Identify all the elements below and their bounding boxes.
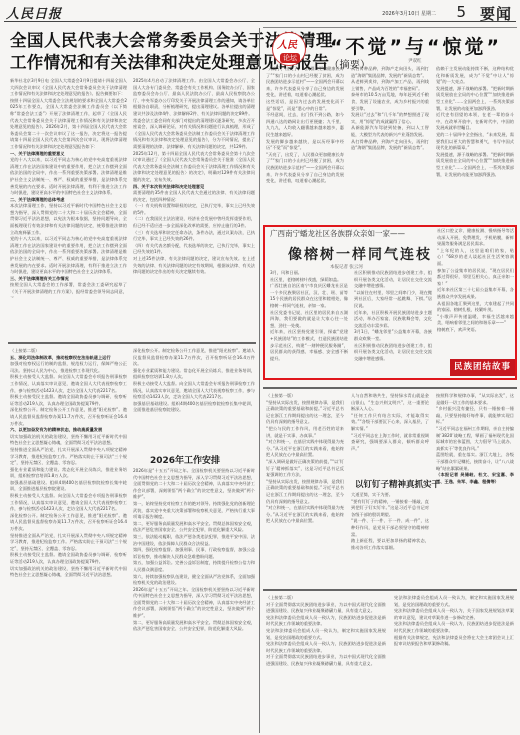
paragraph: 第五，加强公益诉讼。完善公益诉讼制度，持续提升检察公信力和人民群众满意度。 [133, 560, 255, 573]
paragraph: 积极主动接受民主监督。邀请全国政协委员参与调研、检察听证等活动219人次，认真办… [10, 394, 127, 407]
paragraph: “坚持从实际出发，按照规律办事，是我们正确决策的重要基础和前提。”习近平总书记在… [266, 400, 344, 426]
paragraph: 第三，依法能动履职，依法严惩各类违法犯罪，推进平安中国、法治中国建设，依法保障人… [133, 534, 255, 547]
paragraph: 强化专业素质和能力建设。常态化开展全员练兵，推进业务培训，组织检察官培训1.8万… [10, 467, 127, 480]
paragraph: “对立和统一，在基层实践中体现得最为充分。”从习近平在浙江的实践来看，他始终把人… [266, 505, 344, 525]
list-item: （一）有关机构设置和职权的决定，已执行完毕，事实上已经失效的5件。 [133, 203, 255, 216]
list-item: （二）在我国民主法治建设、经济社会发展中曾经发挥重要作用，但已经不适应进一步全面… [133, 216, 255, 229]
newspaper-logo: 人民日报 [6, 3, 62, 22]
paragraph: 从老鲜到炙炸，到海产加工产品，再到线上销售，产品成为百姓的“幸福密码”。 [351, 79, 429, 92]
paragraph: 社区积极推动民族团结进步创建工作，组织开展各类文化活动，让居民在交往交流交融中增… [354, 270, 432, 290]
paragraph: “乡村振兴没有捷径，只有一锤接着一锤敲，只要坚持做好每件事，就能够实现目标。” [436, 406, 514, 426]
paragraph: 加强基层基础建设。组织4期400名基层检察院检察长集中轮训，全面推进基层检察院建… [10, 480, 127, 493]
paragraph: 第四，强化检察监督。加强刑事、民事、行政检察监督，加强公益诉讼检察，推动解决人民… [133, 547, 255, 560]
paragraph: 深化检察公开。制定检务公开工作意见，推进“阳光检察”。邀请人民监督员监督检察办案… [10, 407, 127, 427]
paragraph: 榕树底下，欢声笑语。 [437, 327, 514, 334]
forum-title: “不觉”与“惊觉” [330, 32, 502, 59]
section-divider [263, 27, 517, 28]
section-heading: 二、关于法律清理的总体考虑 [10, 197, 64, 202]
jump-label: （上接第二版） [266, 595, 386, 602]
paragraph: 坚持推进全面从严治党，扎实开展深入贯彻中央八项规定精神学习教育，推进纪检监察工作… [10, 533, 127, 553]
forum-author: 尹双红 [408, 58, 422, 64]
section-heading: 四、关于本次有关法律和决定处理意见 [133, 184, 204, 189]
paragraph: “任何工作只有结合实际，才能取得实效。”“各级干部要沉下心来，深入基层，了解实情… [351, 413, 429, 433]
paragraph: “小歌声声传递温暖，幸福生活越来越美，唱响着邻里之间的和谐乐章——” [437, 314, 514, 327]
paragraph: 这些话语，是因为过去的发展变化而不是“惊觉”，而是“悉心中的日常”。 [266, 99, 344, 112]
lower-right-col-3: 按照科学和规律办事，“从实际出发”，这是做好一切工作的基本要求。 “乡村振兴没有… [436, 393, 514, 583]
paragraph: 宪法和法律委员会组成人员一致认为，制定和实施国家发展规划，是党治国理政的重要方式… [394, 595, 514, 608]
section-divider [8, 342, 256, 344]
paragraph: 蓝图绘就，重在落实。浙江大地上，各级干部群众牢记嘱托，接续奋斗，让“八八战略”结… [436, 452, 514, 472]
newspaper-page: 人民日报 2026年3月10日 星期二 5 要闻 全国人民代表大会常务委员会关于… [0, 0, 520, 735]
paragraph: 发展让“过去”和“几千年”的梦想照进了现实，用“惊觉”的成就赢得了信心。 [351, 112, 429, 125]
story-kicker: 广西南宁蟠龙社区各族群众亲如一家—— [270, 228, 405, 239]
left-article-col-2: 2025年4月启动了法律清理工作。由全国人大常委会办公厅、全国人大各专门委员会、… [133, 78, 255, 298]
paragraph: 积极主动接受人大监督。向全国人大常委会专项报告刑事检察工作情况，认真落实审议意见… [10, 493, 127, 513]
paragraph: “习近平同志在福州工作期间，亲自主持编制‘3820’战略工程，擘画了福州现代化国… [436, 426, 514, 452]
paragraph: 2025年12月，第十四届全国人民代表大会常务委员会第十九次会议审议通过了《全国… [133, 151, 255, 184]
paragraph: 社区积极推动民族团结进步创建工作，组织开展各类文化活动，让居民在交往交流交融中增… [354, 343, 432, 363]
story-col-1: 3月，风和日丽。 社区里，老榕树枝叶茂盛，绿荫如盖。 广西壮族自治区南宁市良庆区… [270, 270, 348, 376]
section-heading: 三、关于法律清理有关工作情况 [10, 276, 69, 281]
paragraph: 发展提速，源于战略的部署。“把新时期新质发展放在全局的中心位置”“加快推进新型工… [436, 152, 514, 178]
lower-left-col-2-top: 深化检察公开。制定检务公开工作意见，推进“阳光检察”。邀请人民监督员监督检察办案… [133, 348, 255, 448]
section-heading: 一、关于法律清理的重要意义 [10, 151, 64, 156]
paragraph: 3月1日，“蟠龙邻里”公益集市开幕，各族群众欢聚一堂。 [354, 329, 432, 342]
paragraph: 切实加强政治机关的政治建设，坚持不懈用习近平新时代中国特色社会主义思想凝心铸魂，… [10, 566, 127, 579]
section-heading: 六、以更加奋发有为的精神状态，推动高质量发展 [10, 427, 102, 432]
paragraph: 参加了公益集市的居民说，“现在居民们都过得很好，邻里互相关心，真正亲如一家！” [437, 268, 514, 288]
paragraph: 第六，持续加强检察队伍建设，健全全面从严治党体系，全面加强检察机关党的政治建设。 [133, 574, 255, 587]
paragraph: 依赖于主发展动能持续不断，这种结构优化和新质发展，成为“不觉”中让人“惊觉”的一… [436, 66, 514, 86]
article-subhead: 以钉钉子精神真抓实干 [355, 478, 440, 490]
paragraph: 2026年是“十五五”开局之年。全国检察机关要坚持以习近平新时代中国特色社会主义… [133, 587, 255, 620]
paragraph: 深化检察公开。制定检务公开工作意见，推进“阳光检察”。邀请人民监督员监督检察办案… [133, 348, 255, 368]
paragraph: 泰州市的10.5万亩荒地，每年赶到近千粮食，发展了设施农业，成为乡村振兴的重要引… [351, 92, 429, 112]
lower-left-col-2: 2026年是“十五五”开局之年。全国检察机关要坚持以习近平新时代中国特色社会主义… [133, 468, 255, 733]
paragraph: 从打骨种品种，到海产走向田头，再到打造“海钢”集团品牌，发展的“新质态势”。 [351, 66, 429, 79]
paragraph: 对于全面贯彻落实民族团结进步事业，为以中国式现代化全面推进强国建设、民族复兴伟业… [266, 654, 386, 667]
forum-badge-label: 论坛 [280, 53, 300, 63]
paragraph: 发展提速，源于战略的部署。“把新时期新质发展放在全局的中心位置”“加快推进新型工… [436, 86, 514, 112]
forum-badge-logo: 人民 [277, 36, 297, 51]
paragraph: 常委会法工委会同有关部门对提出的清理建议逐条研究，多次召开座谈会，深入调研论证，… [133, 118, 255, 151]
headline-line-2: 工作情况和有关法律和决定处理意见的报告（摘要） [10, 52, 255, 77]
paragraph: 社区口腔义诊、健康检测、慢病指导等活动深入开展，免费理发，手机贴膜，新鲜果蔬等服… [437, 228, 514, 248]
lower-right-col-1: （上接第一版） “坚持从实际出发，按照规律办事，是我们正确决策的重要基础和前提。… [266, 393, 344, 583]
forum-col-2: 从打骨种品种，到海产走向田头，再到打造“海钢”集团品牌，发展的“新质态势”。 从… [351, 66, 429, 218]
jump-label: （上接第二版） [10, 348, 127, 355]
story-tag: 民族团结故事 [450, 359, 515, 376]
paragraph: 3月，风和日丽。 [270, 270, 348, 277]
paragraph: 近代史有回望的本领，在老一辈的奋斗中，在改革开放中，在新时代中，中国的发展成就举… [436, 112, 514, 132]
paragraph: “天亮了，出发了，人民群众更加健康长寿了”“家门口的小山村已经脱了贫困，成为民族… [266, 152, 344, 185]
bottom-right-col-2: 宪法和法律委员会组成人员一致认为，制定和实施国家发展规划，是党治国理政的重要方式… [394, 595, 514, 733]
page-number: 5 [456, 3, 466, 21]
paragraph: 深化检察公开。制定检务公开工作意见，推进“阳光检察”。邀请人民监督员监督检察办案… [10, 513, 127, 533]
paragraph: “对立和统一，在基层实践中体现得最为充分。”从习近平在浙江的实践来看，他始终把人… [266, 439, 344, 459]
story-col-2: 社区积极推动民族团结进步创建工作，组织开展各类文化活动，让居民在交往交流交融中增… [354, 270, 432, 376]
section-heading: 五、深化司法体制改革，推动检察权在法治轨道上运行 [10, 355, 111, 360]
paragraph: 第一，始终坚持党对检察工作的绝对领导。持续强化党的创新理论武装，落实党中央重大决… [133, 501, 255, 521]
paragraph: 积极主动接受民主监督。邀请全国政协委员参与调研、检察听证等活动219人次，认真办… [10, 552, 127, 565]
paragraph: 根据有关法律规定，宪法和法律委员会将在大会主席团会议上汇报审议结果报告和草案修改… [394, 635, 514, 648]
paragraph: 积极主动接受人大监督。向全国人大常委会专项报告刑事检察工作情况，认真落实审议意见… [10, 374, 127, 394]
forum-col-1: “天亮了，出发了，人民群众更加健康长寿了”“家门口的小山村已经脱了贫困，成为民族… [266, 66, 344, 218]
paragraph: 强化专业素质和能力建设。常态化开展全员练兵，推进业务培训，组织检察官培训1.8万… [133, 368, 255, 381]
lower-left-col-1: （上接第二版） 五、深化司法体制改革，推动检察权在法治轨道上运行 加强对检察权运… [10, 348, 127, 733]
paragraph: “上年纪的人，这里是咱们的家，贴心！”68岁的老人谈起社区生活笑容满面。 [437, 248, 514, 268]
paragraph: “要有钉钉子的精神，一锤接着一锤敲，直到把钉子钉实钉牢。”这是习近平总书记对各级… [351, 499, 429, 519]
paragraph: “以前住在村里，邻里之间串门少，现在搬到社区后，大家经常一起跳舞、下棋。”居民说… [354, 290, 432, 310]
paragraph: 宪法和法律委员会组成人员一致认为，民族团结进步促进法是新时代民族工作领域的重要法… [266, 641, 386, 654]
story-title: 像榕树一样同气连枝 [288, 244, 432, 264]
section-divider [263, 589, 517, 591]
paragraph: 大道至简，实干为要。 [351, 492, 429, 499]
paragraph: 宪法和法律委员会组成人员一致认为，民族团结进步促进法是新时代民族工作领域的重要法… [266, 615, 386, 628]
paragraph: 按照全国人大常委会的工作部署，常委会法工委研究起草了《关于开展法律清理的工作方案… [10, 282, 127, 298]
paragraph: 2025年4月启动了法律清理工作。由全国人大常委会办公厅、全国人大各专门委员会、… [133, 78, 255, 118]
paragraph: “坚持从实际出发，按照规律办事，是我们正确决策的重要基础和前提。”习近平总书记在… [266, 479, 344, 505]
paragraph: 党的二十届四中全会指出，“未来发展，需要我们以更大的智慧和勇气，书写中国式现代化… [436, 132, 514, 152]
section-divider [263, 387, 517, 389]
paragraph: “深入调研是做好正确决策的前提，”“以‘钉钉子’精神抓落实”，这是习近平总书记反… [266, 459, 344, 479]
lower-right-col-2-top: 人与自然和谐共生，坚持绿水青山就是金山银山，“生态兴则文明兴”，这一重要论断深入… [351, 393, 429, 471]
paragraph: 按照科学和规律办事，“从实际出发”，这是做好一切工作的基本要求。 [436, 393, 514, 406]
left-article-col-1: 新华社北京3月9日电 全国人大常委会3月9日提请十四届全国人大四次会议审议《全国… [10, 78, 127, 298]
section-name: 要闻 [480, 3, 512, 24]
paragraph: “习近平同志在上海工作时，就非常重视调查研究，强调要深入群众，倾听群众呼声。” [351, 433, 429, 453]
paragraph: 加强基层基础建设。组织4期400名基层检察院检察长集中轮训，全面推进基层检察院建… [133, 401, 255, 414]
paragraph: 人与自然和谐共生，坚持绿水青山就是金山银山，“生态兴则文明兴”，这一重要论断深入… [351, 393, 429, 413]
paragraph: 对于全面贯彻落实民族团结进步事业，为以中国式现代化全面推进强国建设、民族复兴伟业… [266, 602, 386, 615]
paragraph: 加强对检察权运行的制约监督，规范权力运行，保障严格公正司法。坚持以人民为中心，推… [10, 361, 127, 374]
paragraph: 积极主动接受人大监督。向全国人大常委会专项报告刑事检察工作情况，认真落实审议意见… [133, 381, 255, 401]
jump-label: （上接第一版） [266, 393, 344, 400]
work-plan-heading: 2026年工作安排 [150, 453, 220, 466]
paragraph: 近年来社区第三十七届公益集市开幕，各族群众共享发展成果。 [437, 287, 514, 300]
paragraph: “天亮了，出发了，人民群众更加健康长寿了”“家门口的小山村已经脱了贫困，成为民族… [266, 66, 344, 99]
column-divider [259, 28, 260, 733]
paragraph: 2026年是“十五五”开局之年。全国检察机关要坚持以习近平新时代中国特色社会主义… [133, 468, 255, 501]
story-col-3: 社区口腔义诊、健康检测、慢病指导等活动深入开展，免费理发，手机贴膜，新鲜果蔬等服… [437, 228, 514, 356]
bottom-right-col-1: （上接第二版） 对于全面贯彻落实民族团结进步事业，为以中国式现代化全面推进强国建… [266, 595, 386, 733]
masthead: 人民日报 2026年3月10日 星期二 5 要闻 [4, 0, 516, 22]
paragraph: 本次法律清理工作，坚持以习近平新时代中国特色社会主义思想为指导，深入贯彻党的二十… [10, 203, 127, 236]
paragraph: “把公与民的工作作风，用老百姓的话来讲，就是干实事、办真事。” [266, 426, 344, 439]
paragraph: 近年来，社区坚持党建引领，探索“党建+民族团结”的工作模式，打造民族团结进步示范… [270, 329, 348, 362]
paragraph: “说一件、干一件、干一件、成一件”，这种好作风，是党员干部必须坚守的精神财富。 [351, 518, 429, 538]
paragraph: 对上述35件法律、有关法律问题的决定，建议宣布失效。在上述失效的法律、有关法律问… [133, 256, 255, 276]
paragraph: 按照十四届全国人大常委会立法规划的要求和全国人大常委会2025年工作要点，全国人… [10, 98, 127, 151]
paragraph: 党的十八大以来，以习近平同志为核心的党中央高度重视法律清理工作在法治国家建设中的… [10, 157, 127, 197]
paragraph: 社区党委书记说，社区里的居民来自五湖四海，我们要做的就是让大家心往一处想，劲往一… [270, 310, 348, 330]
paragraph: 广西壮族自治区南宁市良庆区蟠龙社区是一个多民族聚居社区，汉、壮、瑶、苗等15个民… [270, 283, 348, 309]
lower-right-col-2: 大道至简，实干为要。 “要有钉钉子的精神，一锤接着一锤敲，直到把钉子钉实钉牢。”… [351, 492, 429, 583]
headline-line-1: 全国人民代表大会常务委员会关于法律清理 [10, 30, 255, 52]
author-credit: （本报记者 吴储岐、杜文、宋宝嘉、李祥、王逸、朱军、李鑫、程倩等） [436, 472, 514, 484]
paragraph: 党的十八大以来，以习近平同志为核心的党中央高度重视法律清理工作在法治国家建设中的… [10, 236, 127, 276]
paragraph: 需要清理的35件由全国人民代表大会通过的法律、有关法律问题的决定，包括四种情况： [133, 190, 255, 203]
paragraph: 宪法和法律委员会组成人员一致认为，制定和实施国家发展规划，是党治国理政的重要方式… [266, 628, 386, 641]
list-item: （三）有关选举和决定任命办法，条件办法，通过议案办法，已执行完毕，事实上已经失效… [133, 230, 255, 243]
paragraph: 宪法和法律委员会组成人员一致认为，关于国家发展规划法草案的审议意见，建议对草案作… [394, 608, 514, 621]
left-article-headline: 全国人民代表大会常务委员会关于法律清理 工作情况和有关法律和决定处理意见的报告（… [10, 30, 255, 77]
list-item: （四）有关代表名额分配，代表选举的决定，已执行完毕，事实上已经失效的1件。 [133, 243, 255, 256]
paragraph: 发展的脚步越来越快，是以历经事中经历“不觉”而“惊觉”。 [266, 139, 344, 152]
paragraph: 近年来，社区积极开展民族团结进步主题活动，举办百家宴、民族歌舞会等，文化交流活动… [354, 310, 432, 330]
paragraph: 宪法和法律委员会组成人员一致认为，民族团结进步促进法是新时代民族工作领域的重要法… [394, 621, 514, 634]
paragraph: 切实加强政治机关的政治建设，坚持不懈用习近平新时代中国特色社会主义思想凝心铸魂，… [10, 434, 127, 447]
issue-date: 2026年3月10日 星期二 [382, 10, 436, 17]
forum-badge: 人民 论坛 [272, 32, 306, 66]
paragraph: 从祖国各地汇聚到这里，大家建起了共同的家园。榕树扎根，枝繁叶茂。 [437, 301, 514, 314]
paragraph: 不经意间，过去，出门找不到公路，如今四通八达的路网让出行更便捷；九千里、九九九，… [266, 112, 344, 138]
paragraph: 从新能源汽车驾驶到装备，到以人工智能，大模型为代表的新兴产业蓬勃发展。 [351, 125, 429, 138]
paragraph: 从打骨种品种，到海产走向田头，再到打造“海钢”集团品牌，发展的“新质态势”。 [351, 139, 429, 152]
paragraph: 第二，更好服务高质量发展和高水平安全。贯彻总体国家安全观，依法严惩危害国家安全、… [133, 521, 255, 534]
forum-col-3: 依赖于主发展动能持续不断，这种结构优化和新质发展，成为“不觉”中让人“惊觉”的一… [436, 66, 514, 218]
lead: 新华社北京3月9日电 全国人大常委会3月9日提请十四届全国人大四次会议审议《全国… [10, 78, 127, 98]
paragraph: 踏上新征程，要以更加昂扬的精神状态，推动各项工作落实落细。 [351, 538, 429, 551]
paragraph: 坚持推进全面从严治党，扎实开展深入贯彻中央八项规定精神学习教育，推进纪检监察工作… [10, 447, 127, 467]
paragraph: 第二，更好服务高质量发展和高水平安全。贯彻总体国家安全观，依法严惩危害国家安全、… [133, 620, 255, 633]
